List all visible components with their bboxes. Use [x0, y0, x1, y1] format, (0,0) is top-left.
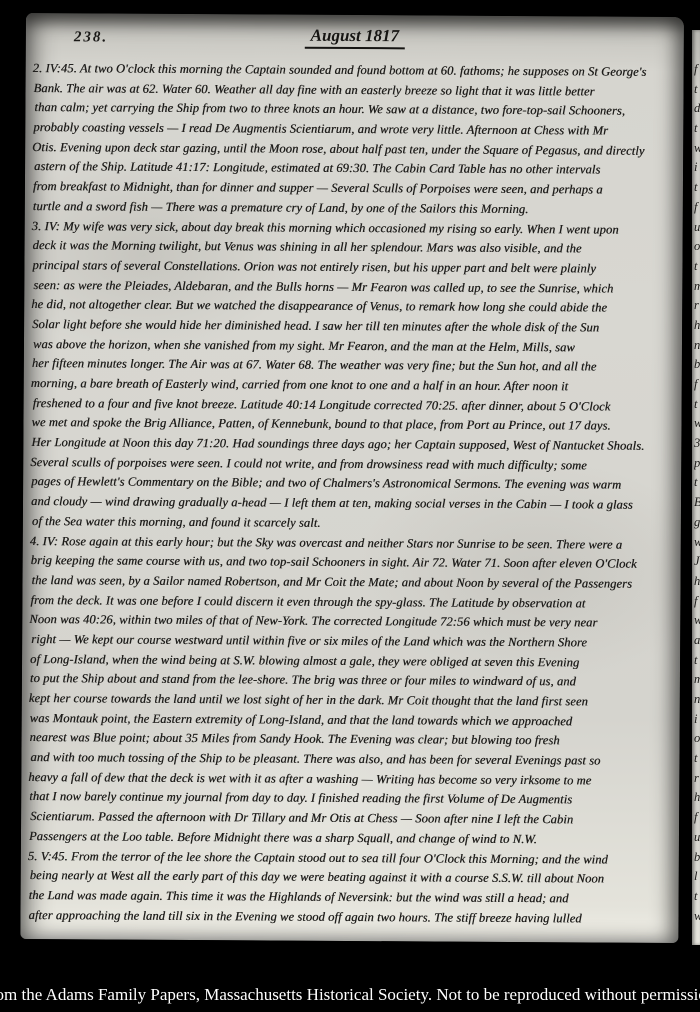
page-title: August 1817 [26, 24, 684, 51]
facing-page-fragment: f [694, 592, 700, 612]
facing-page-fragment: n [694, 336, 700, 356]
facing-page-fragment: w [694, 414, 700, 434]
facing-page-fragment: t [694, 119, 700, 139]
caption-text: From the Adams Family Papers, Massachuse… [0, 985, 700, 1005]
facing-page-fragment: b [694, 848, 700, 868]
facing-page-fragment: g [694, 513, 700, 533]
facing-page-fragment: r [694, 769, 700, 789]
facing-page-fragment: a [694, 631, 700, 651]
manuscript-line: was above the horizon, when she vanished… [33, 335, 682, 359]
facing-page-fragment: l [694, 867, 700, 887]
facing-page-fragment: 3 [694, 434, 700, 454]
facing-page-fragment: J [694, 552, 700, 572]
facing-page-fragment: m [694, 277, 700, 297]
manuscript-text: 2. IV:45. At two O'clock this morning th… [28, 59, 682, 929]
page-title-text: August 1817 [305, 26, 405, 50]
manuscript-line: after approaching the land till six in t… [28, 906, 677, 930]
manuscript-page: 238. August 1817 2. IV:45. At two O'cloc… [20, 13, 684, 943]
manuscript-line: kept her course towards the land until w… [29, 689, 678, 713]
facing-page-fragment: w [694, 533, 700, 553]
facing-page-fragment: t [694, 178, 700, 198]
facing-page-text-fragments: ftdtwitfuotmrhnbftw3ptBgwJhfwatmniotrhfu… [694, 60, 700, 926]
facing-page-fragment: d [694, 99, 700, 119]
facing-page-fragment: u [694, 828, 700, 848]
caption-bar: From the Adams Family Papers, Massachuse… [0, 978, 700, 1012]
manuscript-line: he did, not altogether clear. But we wat… [31, 295, 680, 319]
facing-page-fragment: o [694, 237, 700, 257]
manuscript-line: Several sculls of porpoises were seen. I… [30, 453, 679, 477]
facing-page-fragment: n [694, 690, 700, 710]
facing-page-fragment: t [694, 651, 700, 671]
manuscript-line: right — We kept our course westward unti… [31, 630, 680, 654]
facing-page-fragment: f [694, 60, 700, 80]
manuscript-line: 3. IV: My wife was very sick, about day … [32, 217, 681, 241]
facing-page-fragment: t [694, 80, 700, 100]
facing-page-fragment: o [694, 729, 700, 749]
manuscript-line: Scientiarum. Passed the afternoon with D… [30, 807, 679, 831]
manuscript-line: being nearly at West all the early part … [30, 866, 679, 890]
facing-page-fragment: f [694, 375, 700, 395]
facing-page-fragment: m [694, 670, 700, 690]
facing-page-fragment: u [694, 218, 700, 238]
manuscript-line: heavy a fall of dew that the deck is wet… [28, 768, 677, 792]
facing-page-fragment: p [694, 454, 700, 474]
facing-page-fragment: w [694, 907, 700, 927]
facing-page-fragment: t [694, 395, 700, 415]
scanned-document-frame: 238. August 1817 2. IV:45. At two O'cloc… [0, 0, 700, 1012]
manuscript-line: the land was seen, by a Sailor named Rob… [31, 571, 680, 595]
facing-page-fragment: w [694, 139, 700, 159]
facing-page-fragment: B [694, 493, 700, 513]
facing-page-fragment: t [694, 473, 700, 493]
facing-page-fragment: i [694, 158, 700, 178]
facing-page-fragment: h [694, 572, 700, 592]
facing-page-fragment: i [694, 710, 700, 730]
manuscript-line: astern of the Ship. Latitude 41:17: Long… [34, 157, 683, 181]
facing-page-fragment: h [694, 788, 700, 808]
facing-page-fragment: t [694, 257, 700, 277]
manuscript-line: 4. IV: Rose again at this early hour; bu… [30, 532, 679, 556]
facing-page-fragment: w [694, 611, 700, 631]
facing-page-edge: ftdtwitfuotmrhnbftw3ptBgwJhfwatmniotrhfu… [692, 30, 700, 945]
facing-page-fragment: f [694, 198, 700, 218]
manuscript-line: freshened to a four and five knot breeze… [33, 394, 682, 418]
facing-page-fragment: t [694, 749, 700, 769]
facing-page-fragment: t [694, 887, 700, 907]
facing-page-fragment: b [694, 355, 700, 375]
manuscript-line: than calm; yet carrying the Ship from tw… [34, 98, 683, 122]
manuscript-line: 2. IV:45. At two O'clock this morning th… [33, 59, 682, 83]
facing-page-fragment: r [694, 296, 700, 316]
facing-page-fragment: h [694, 316, 700, 336]
binding-gutter [684, 0, 692, 952]
facing-page-fragment: f [694, 808, 700, 828]
